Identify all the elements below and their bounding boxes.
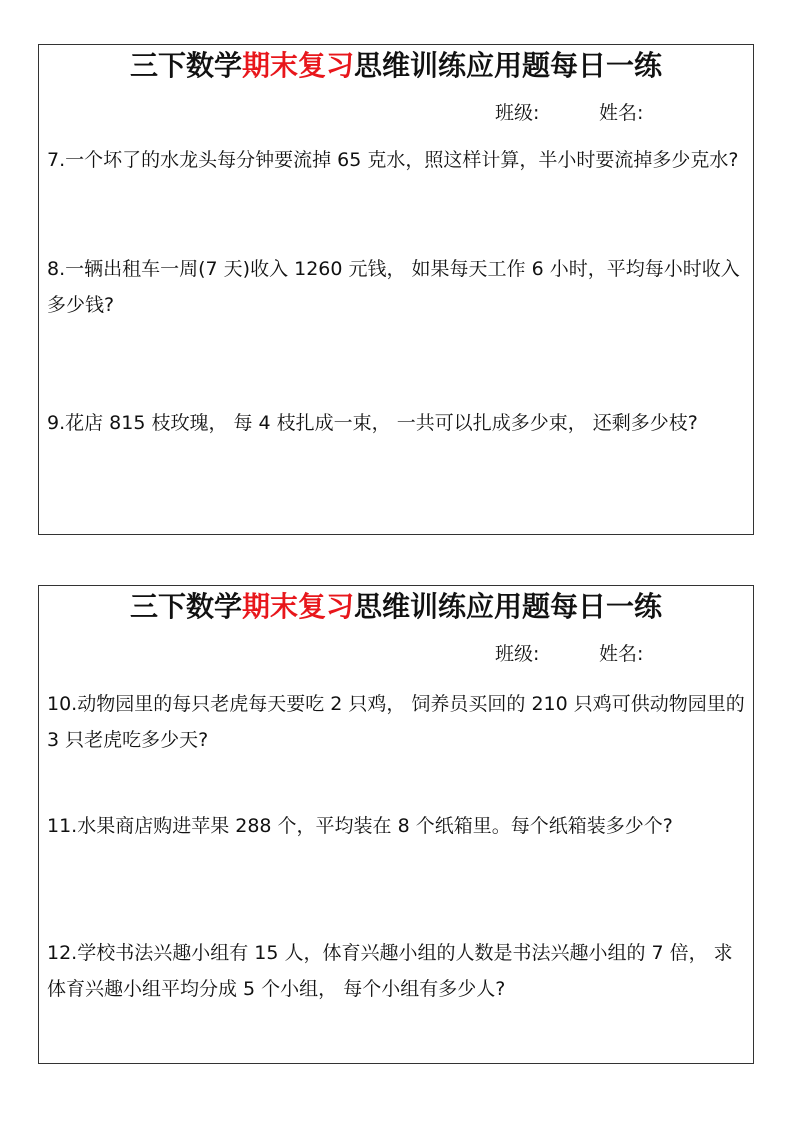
worksheet-card-2: 三下数学期末复习思维训练应用题每日一练 班级:姓名: 10.动物园里的每只老虎每… <box>38 585 754 1064</box>
question-10: 10.动物园里的每只老虎每天要吃 2 只鸡， 饲养员买回的 210 只鸡可供动物… <box>47 686 749 758</box>
title-highlight: 期末复习 <box>242 49 354 82</box>
student-info: 班级:姓名: <box>495 642 643 666</box>
name-label: 姓名: <box>599 102 643 124</box>
name-label: 姓名: <box>599 643 643 665</box>
worksheet-title: 三下数学期末复习思维训练应用题每日一练 <box>39 48 753 84</box>
student-info: 班级:姓名: <box>495 101 643 125</box>
question-7: 7.一个坏了的水龙头每分钟要流掉 65 克水，照这样计算，半小时要流掉多少克水? <box>47 142 749 178</box>
question-9: 9.花店 815 枝玫瑰， 每 4 枝扎成一束， 一共可以扎成多少束， 还剩多少… <box>47 405 749 441</box>
title-suffix: 思维训练应用题每日一练 <box>354 49 662 82</box>
worksheet-card-1: 三下数学期末复习思维训练应用题每日一练 班级:姓名: 7.一个坏了的水龙头每分钟… <box>38 44 754 535</box>
title-highlight: 期末复习 <box>242 590 354 623</box>
title-prefix: 三下数学 <box>130 49 242 82</box>
question-8: 8.一辆出租车一周(7 天)收入 1260 元钱， 如果每天工作 6 小时，平均… <box>47 251 749 323</box>
question-12: 12.学校书法兴趣小组有 15 人，体育兴趣小组的人数是书法兴趣小组的 7 倍，… <box>47 935 749 1007</box>
title-suffix: 思维训练应用题每日一练 <box>354 590 662 623</box>
worksheet-title: 三下数学期末复习思维训练应用题每日一练 <box>39 589 753 625</box>
title-prefix: 三下数学 <box>130 590 242 623</box>
class-label: 班级: <box>495 101 599 125</box>
question-11: 11.水果商店购进苹果 288 个，平均装在 8 个纸箱里。每个纸箱装多少个? <box>47 808 749 844</box>
class-label: 班级: <box>495 642 599 666</box>
